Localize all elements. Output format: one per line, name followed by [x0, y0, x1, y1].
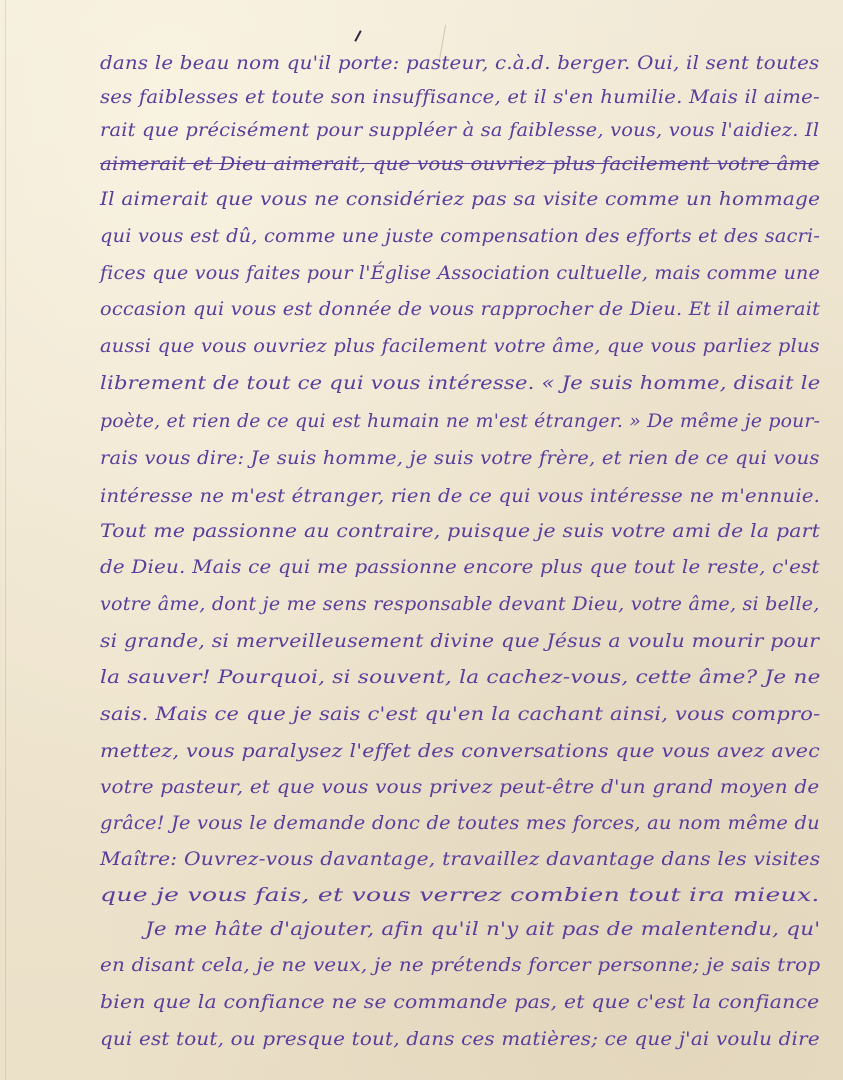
- text-line: mettez, vous paralysez l'effet des conve…: [100, 740, 820, 762]
- text-line: bien que la confiance ne se commande pas…: [100, 991, 819, 1013]
- text-line: intéresse ne m'est étranger, rien de ce …: [100, 485, 820, 507]
- text-line: en disant cela, je ne veux, je ne préten…: [100, 954, 820, 976]
- manuscript-text: dans le beau nom qu'il porte: pasteur, c…: [0, 0, 843, 1080]
- text-line: Maître: Ouvrez-vous davantage, travaille…: [100, 848, 820, 870]
- text-line: ses faiblesses et toute son insuffisance…: [100, 86, 820, 108]
- text-line: grâce! Je vous le demande donc de toutes…: [100, 812, 820, 834]
- text-line: que je vous fais, et vous verrez combien…: [100, 884, 820, 906]
- text-line: de Dieu. Mais ce qui me passionne encore…: [100, 556, 820, 578]
- text-line: aussi que vous ouvriez plus facilement v…: [100, 335, 820, 357]
- text-line: rait que précisément pour suppléer à sa …: [100, 119, 819, 141]
- text-line: sais. Mais ce que je sais c'est qu'en la…: [100, 703, 820, 725]
- text-line: la sauver! Pourquoi, si souvent, la cach…: [100, 666, 821, 688]
- text-line: Il aimerait que vous ne considériez pas …: [100, 188, 820, 210]
- text-line: dans le beau nom qu'il porte: pasteur, c…: [100, 52, 819, 74]
- paragraph-start-line: Je me hâte d'ajouter, afin qu'il n'y ait…: [145, 918, 820, 940]
- text-line: votre âme, dont je me sens responsable d…: [100, 593, 820, 615]
- text-line: votre pasteur, et que vous vous privez p…: [100, 776, 819, 798]
- text-line: Tout me passionne au contraire, puisque …: [100, 520, 820, 542]
- text-line: qui vous est dû, comme une juste compens…: [100, 225, 820, 247]
- text-line: fices que vous faites pour l'Église Asso…: [100, 262, 820, 284]
- text-line: qui est tout, ou presque tout, dans ces …: [100, 1028, 820, 1050]
- text-line: librement de tout ce qui vous intéresse.…: [100, 372, 820, 394]
- text-line: occasion qui vous est donnée de vous rap…: [100, 298, 820, 320]
- text-line: si grande, si merveilleusement divine qu…: [100, 630, 819, 652]
- text-line: rais vous dire: Je suis homme, je suis v…: [100, 447, 820, 469]
- struck-text-line: aimerait et Dieu aimerait, que vous ouvr…: [100, 153, 820, 175]
- text-line: poète, et rien de ce qui est humain ne m…: [100, 410, 820, 432]
